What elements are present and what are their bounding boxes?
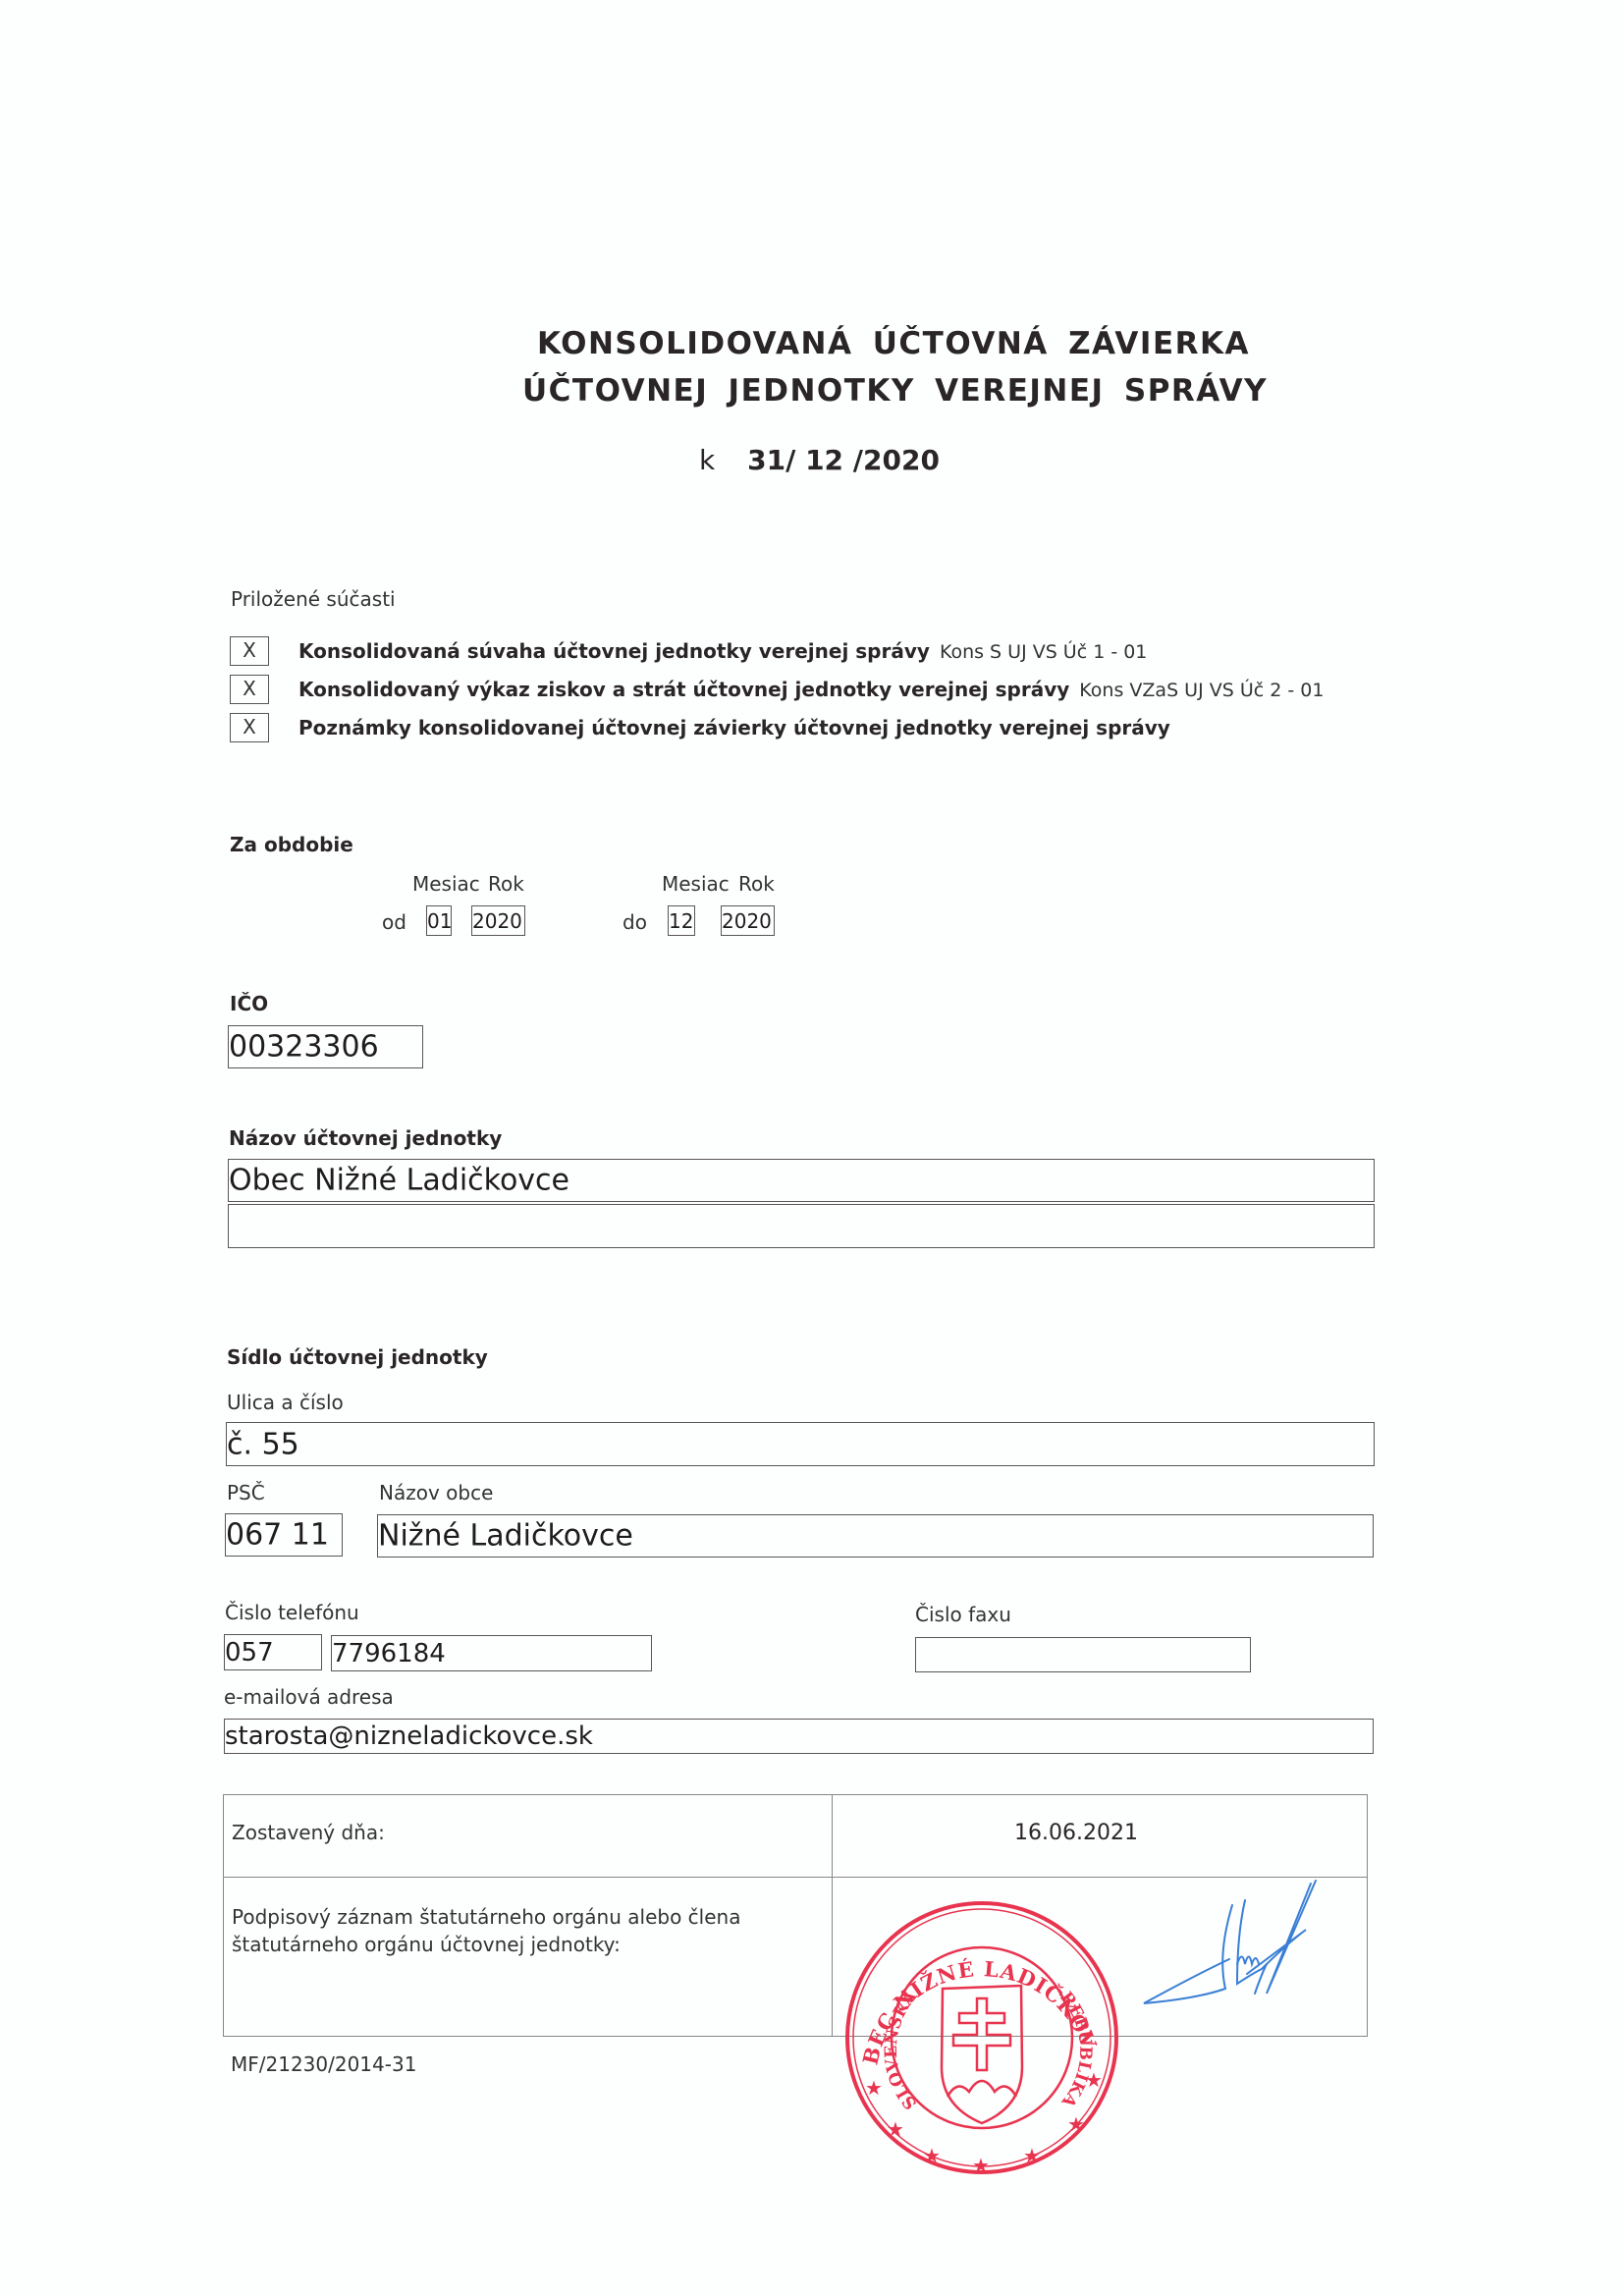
signature-label-line2: štatutárneho orgánu účtovnej jednotky: (232, 1933, 621, 1956)
signature-label-line1: Podpisový záznam štatutárneho orgánu ale… (232, 1905, 740, 1929)
street-field[interactable]: č. 55 (226, 1422, 1375, 1466)
form-code: MF/21230/2014-31 (231, 2052, 416, 2076)
ico-label: IČO (230, 992, 268, 1015)
attachment-code: Kons VZaS UJ VS Úč 2 - 01 (1079, 680, 1324, 701)
svg-text:★: ★ (1067, 2112, 1085, 2136)
date-value: 31/ 12 /2020 (747, 444, 940, 476)
city-field[interactable]: Nižné Ladičkovce (377, 1514, 1374, 1558)
svg-text:★: ★ (1023, 2144, 1041, 2167)
city-label: Názov obce (379, 1481, 493, 1504)
compiled-date-value: 16.06.2021 (1014, 1821, 1138, 1845)
attachment-checkbox[interactable]: X (230, 675, 269, 704)
svg-text:★: ★ (972, 2154, 990, 2177)
table-divider-vertical (832, 1795, 833, 2036)
psc-label: PSČ (227, 1481, 265, 1504)
to-year-label: Rok (738, 872, 775, 896)
from-year-label: Rok (488, 872, 524, 896)
attachment-code: Kons S UJ VS Úč 1 - 01 (940, 641, 1147, 663)
email-field[interactable]: starosta@nizneladickovce.sk (224, 1719, 1374, 1754)
entity-name-field-line2[interactable] (228, 1204, 1375, 1248)
report-date: k 31/ 12 /2020 (699, 444, 940, 476)
attachment-title: Konsolidovaný výkaz ziskov a strát účtov… (298, 678, 1069, 701)
from-year-field[interactable]: 2020 (471, 905, 525, 936)
attachment-title: Konsolidovaná súvaha účtovnej jednotky v… (298, 639, 930, 663)
from-month-label: Mesiac (412, 872, 480, 896)
to-label: do (623, 910, 647, 934)
phone-area-field[interactable]: 057 (224, 1634, 322, 1670)
svg-text:★: ★ (1085, 2068, 1103, 2092)
entity-name-label: Názov účtovnej jednotky (229, 1126, 502, 1150)
document-title-line1: KONSOLIDOVANÁ ÚČTOVNÁ ZÁVIERKA (537, 326, 1250, 361)
handwritten-signature-icon (1139, 1876, 1326, 2023)
address-label: Sídlo účtovnej jednotky (227, 1345, 488, 1369)
svg-text:★: ★ (865, 2076, 883, 2100)
attachments-label: Priložené súčasti (231, 587, 396, 611)
to-month-field[interactable]: 12 (668, 905, 695, 936)
compiled-date-label: Zostavený dňa: (232, 1821, 385, 1844)
phone-label: Čislo telefónu (225, 1601, 359, 1624)
to-year-field[interactable]: 2020 (721, 905, 775, 936)
attachment-title: Poznámky konsolidovanej účtovnej závierk… (298, 716, 1170, 739)
street-label: Ulica a číslo (227, 1391, 344, 1414)
svg-text:REPUBLIKA: REPUBLIKA (1056, 1989, 1095, 2111)
ico-field[interactable]: 00323306 (228, 1025, 423, 1068)
date-prefix: k (699, 444, 715, 476)
psc-field[interactable]: 067 11 (225, 1513, 343, 1557)
email-label: e-mailová adresa (224, 1685, 394, 1709)
document-title-line2: ÚČTOVNEJ JEDNOTKY VEREJNEJ SPRÁVY (522, 373, 1268, 409)
from-label: od (382, 910, 406, 934)
from-month-field[interactable]: 01 (426, 905, 452, 936)
attachment-checkbox[interactable]: X (230, 713, 269, 742)
entity-name-field-line1[interactable]: Obec Nižné Ladičkovce (228, 1159, 1375, 1202)
official-stamp-icon: OBEC NIŽNÉ LADIČKOVCE SLOVENSKÁ REPUBLIK… (839, 1895, 1124, 2180)
svg-text:OBEC NIŽNÉ LADIČKOVCE: OBEC NIŽNÉ LADIČKOVCE (839, 1895, 1102, 2067)
to-month-label: Mesiac (662, 872, 730, 896)
svg-text:★: ★ (923, 2144, 941, 2167)
phone-number-field[interactable]: 7796184 (331, 1635, 652, 1671)
svg-text:★: ★ (887, 2117, 904, 2141)
attachment-checkbox[interactable]: X (230, 636, 269, 666)
period-label: Za obdobie (230, 833, 353, 856)
fax-label: Čislo faxu (915, 1603, 1011, 1626)
fax-field[interactable] (915, 1637, 1251, 1672)
